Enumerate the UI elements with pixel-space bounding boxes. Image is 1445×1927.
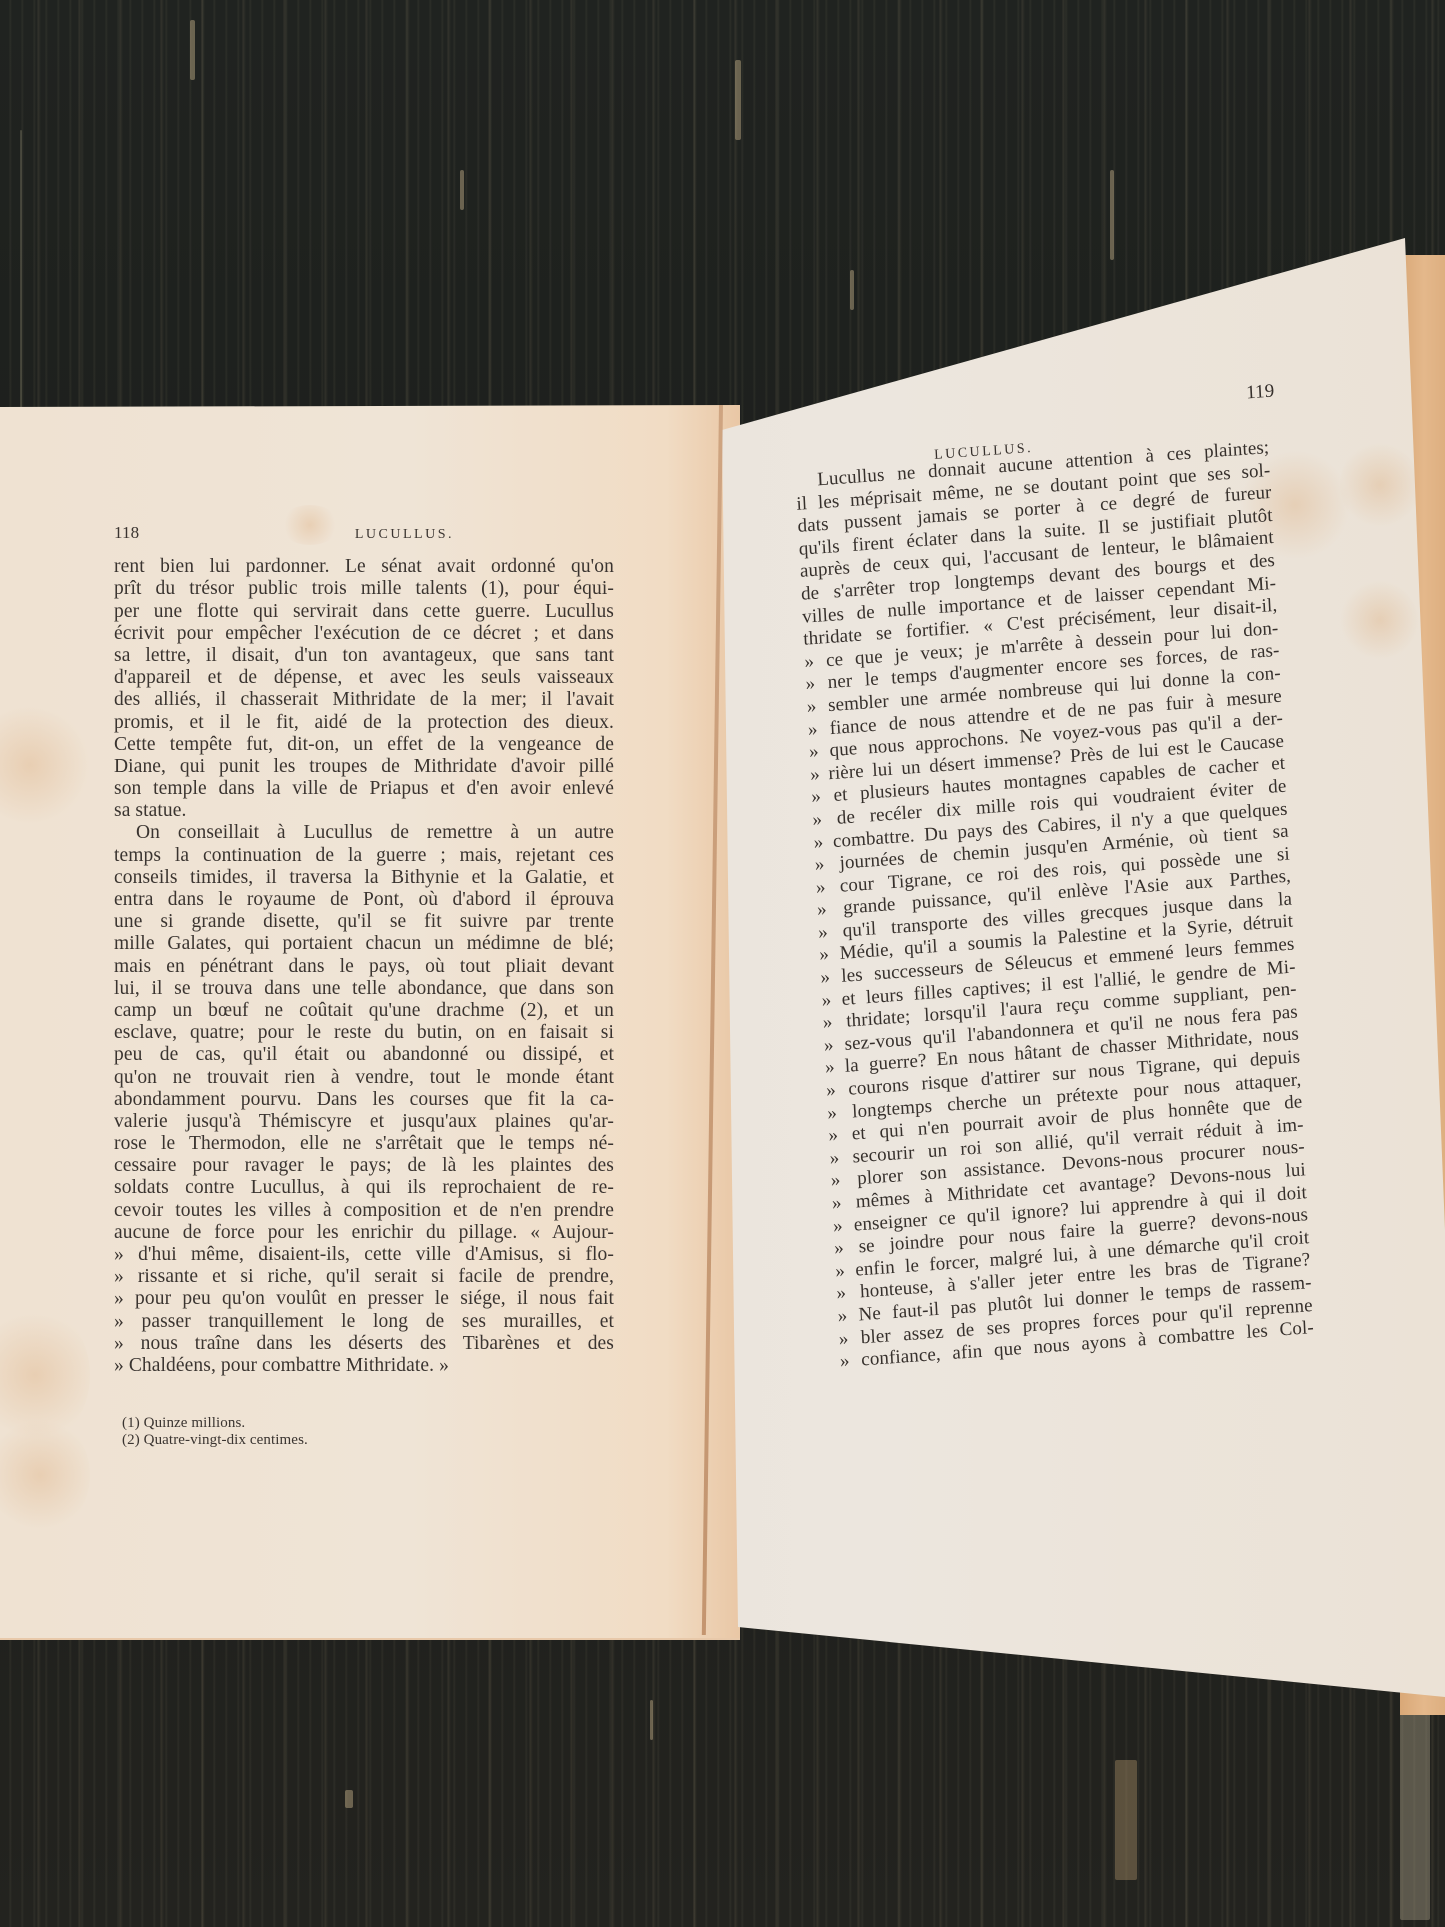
wood-grain-mark: [1400, 1700, 1430, 1920]
text-line: conseils timides, il traversa la Bithyni…: [114, 867, 614, 889]
footnote-2: (2) Quatre-vingt-dix centimes.: [122, 1432, 614, 1449]
text-line: » Chaldéens, pour combattre Mithridate. …: [114, 1355, 614, 1377]
left-page-text: 118 LUCULLUS. rent bien lui pardonner. L…: [114, 522, 614, 1449]
text-line: On conseillait à Lucullus de remettre à …: [114, 822, 614, 844]
text-line: son temple dans la ville de Priapus et d…: [114, 778, 614, 800]
text-line: camp un bœuf ne coûtait qu'une drachme (…: [114, 1000, 614, 1022]
wood-grain-mark: [1110, 170, 1114, 260]
wood-grain-mark: [1115, 1760, 1137, 1880]
wood-grain-mark: [20, 130, 22, 430]
text-line: per une flotte qui servirait dans cette …: [114, 601, 614, 623]
foxing-stain: [0, 1415, 90, 1535]
text-line: esclave, quatre; pour le reste du butin,…: [114, 1022, 614, 1044]
wood-grain-mark: [460, 170, 464, 210]
wood-grain-mark: [850, 270, 854, 310]
wood-grain-mark: [190, 20, 195, 80]
right-page-number: 119: [1246, 380, 1275, 405]
text-line: d'appareil et de dépense, et avec les se…: [114, 667, 614, 689]
text-line: Diane, qui punit les troupes de Mithrida…: [114, 756, 614, 778]
wood-grain-mark: [735, 60, 741, 140]
foxing-stain: [1340, 580, 1420, 660]
text-line: soldats contre Lucullus, à qui ils repro…: [114, 1177, 614, 1199]
wood-grain-mark: [345, 1790, 353, 1808]
right-page-text: LUCULLUS. 119 Lucullus ne donnait aucune…: [792, 381, 1314, 1374]
text-line: aucune de force pour les enrichir du pil…: [114, 1222, 614, 1244]
wood-grain-mark: [650, 1700, 653, 1740]
left-page-number: 118: [114, 522, 139, 546]
text-line: » nous traîne dans les déserts des Tibar…: [114, 1333, 614, 1355]
text-line: une si grande disette, qu'il se fit suiv…: [114, 911, 614, 933]
text-line: sa statue.: [114, 800, 614, 822]
text-line: abondamment pourvu. Dans les courses que…: [114, 1089, 614, 1111]
text-line: sa lettre, il disait, d'un ton avantageu…: [114, 645, 614, 667]
text-line: promis, et il le fit, aidé de la protect…: [114, 712, 614, 734]
text-line: lui, il se trouva dans une telle abondan…: [114, 978, 614, 1000]
left-running-head-title: LUCULLUS.: [355, 522, 454, 546]
text-line: qu'on ne trouvait rien à vendre, tout le…: [114, 1067, 614, 1089]
text-line: » pour peu qu'on voulût en presser le si…: [114, 1288, 614, 1310]
text-line: temps la continuation de la guerre ; mai…: [114, 845, 614, 867]
text-line: » passer tranquillement le long de ses m…: [114, 1311, 614, 1333]
foxing-stain: [1340, 440, 1420, 530]
left-body-text: rent bien lui pardonner. Le sénat avait …: [114, 556, 614, 1377]
footnote-1: (1) Quinze millions.: [122, 1415, 614, 1432]
text-line: » d'hui même, disaient-ils, cette ville …: [114, 1244, 614, 1266]
right-body-text: Lucullus ne donnait aucune attention à c…: [795, 437, 1315, 1374]
text-line: Cette tempête fut, dit-on, un effet de l…: [114, 734, 614, 756]
text-line: cessaire pour ravager le pays; de là les…: [114, 1155, 614, 1177]
text-line: des alliés, il chasserait Mithridate de …: [114, 689, 614, 711]
footnotes: (1) Quinze millions. (2) Quatre-vingt-di…: [114, 1415, 614, 1449]
text-line: mais en pénétrant dans le pays, où tout …: [114, 956, 614, 978]
text-line: valerie jusqu'à Thémiscyre et jusqu'aux …: [114, 1111, 614, 1133]
text-line: écrivit pour empêcher l'exécution de ce …: [114, 623, 614, 645]
left-running-header: 118 LUCULLUS.: [114, 522, 614, 546]
text-line: » rissante et si riche, qu'il serait si …: [114, 1266, 614, 1288]
text-line: cevoir toutes les villes à composition e…: [114, 1200, 614, 1222]
foxing-stain: [0, 705, 90, 825]
text-line: prît du trésor public trois mille talent…: [114, 578, 614, 600]
text-line: mille Galates, qui portaient chacun un m…: [114, 933, 614, 955]
text-line: entra dans le royaume de Pont, où d'abor…: [114, 889, 614, 911]
text-line: rent bien lui pardonner. Le sénat avait …: [114, 556, 614, 578]
text-line: peu de cas, qu'il était ou abandonné ou …: [114, 1044, 614, 1066]
text-line: rose le Thermodon, elle ne s'arrêtait qu…: [114, 1133, 614, 1155]
